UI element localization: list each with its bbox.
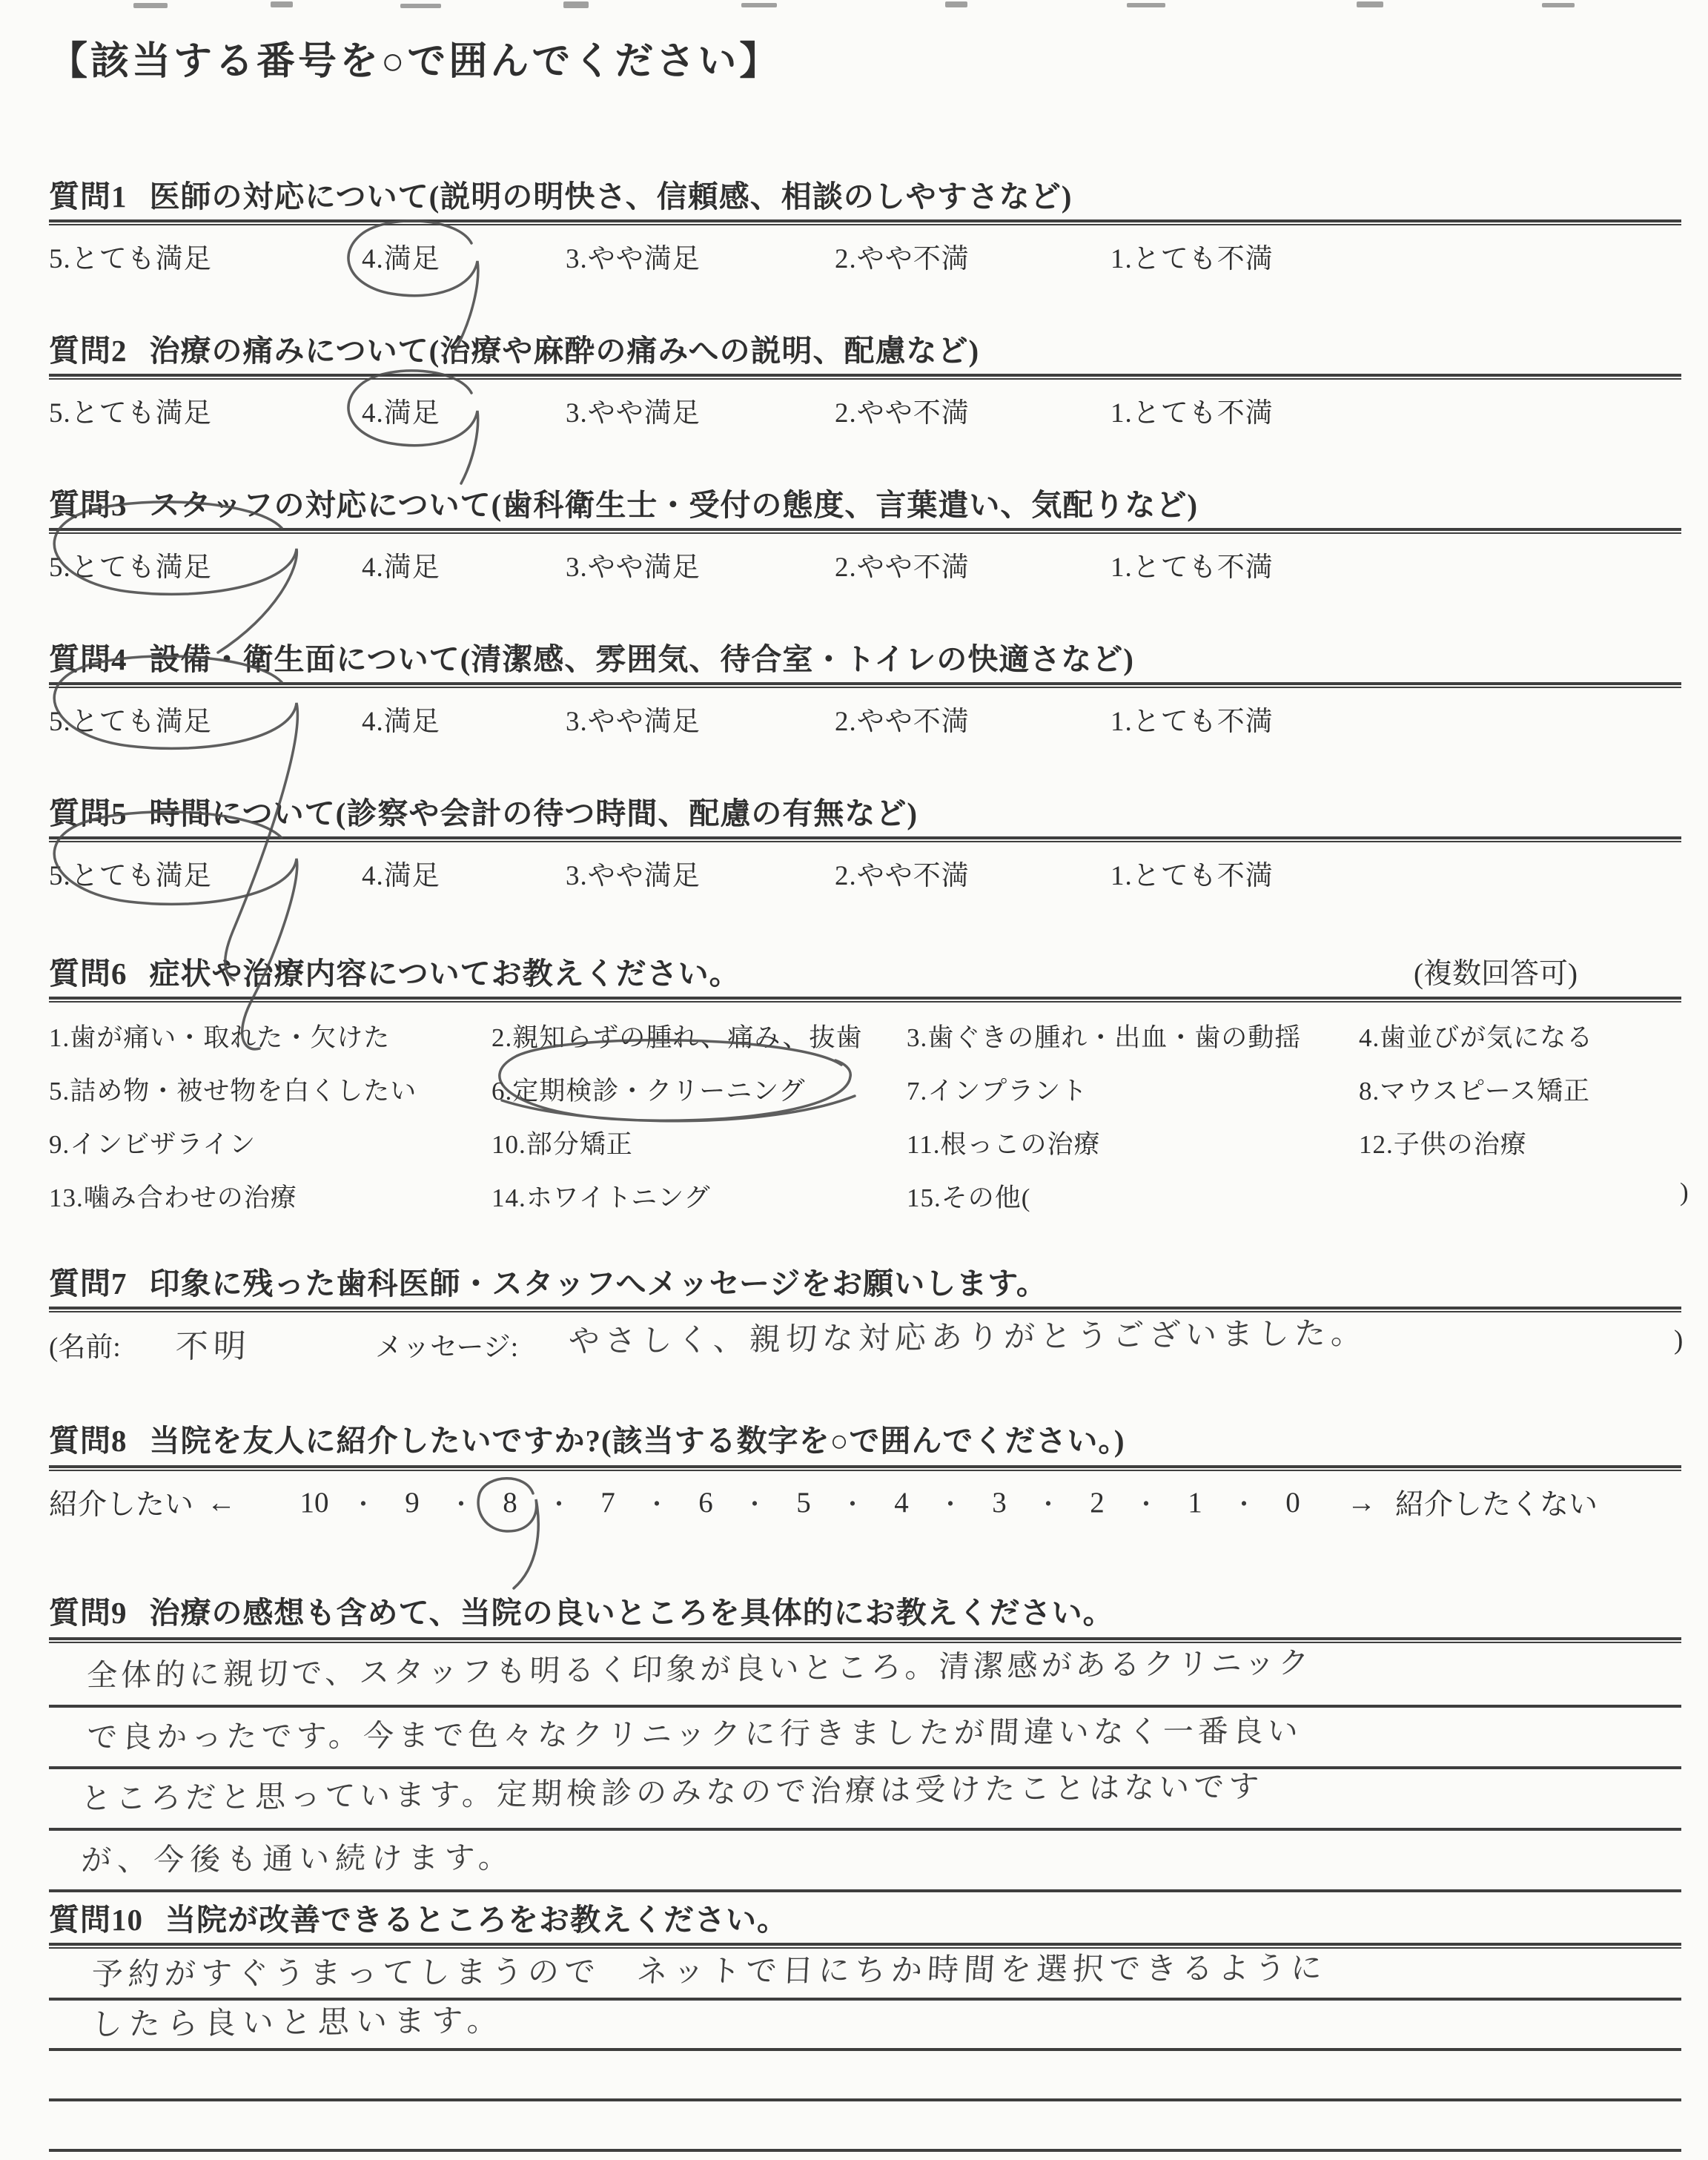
question-1-header: 質問1医師の対応について(説明の明快さ、信頼感、相談のしやすさなど): [49, 172, 1072, 216]
q8-dot: ・: [924, 1485, 976, 1520]
q3-option-2: 2.やや不満: [835, 544, 970, 584]
question-1-number: 質問1: [49, 179, 128, 214]
q8-dot: ・: [533, 1485, 585, 1520]
q8-left-label: 紹介したい: [49, 1482, 193, 1523]
question-6-number: 質問6: [49, 957, 128, 991]
question-8-header: 質問8当院を友人に紹介したいですか?(該当する数字を○で囲んでください。): [49, 1416, 1125, 1460]
q8-dot: ・: [1022, 1485, 1074, 1520]
question-4-number: 質問4: [49, 642, 128, 676]
q6-option-1: 1.歯が痛い・取れた・欠けた: [49, 1017, 390, 1054]
question-5-number: 質問5: [49, 796, 128, 830]
question-8-rule: [49, 1465, 1681, 1471]
q9-answer-line-4-row: が、今後も通い続けます。: [49, 1828, 1681, 1892]
q1-option-4: 4.満足: [362, 236, 440, 276]
question-1-rule: [49, 219, 1681, 225]
q8-number-6: 6: [683, 1486, 729, 1519]
q2-option-5: 5.とても満足: [49, 390, 212, 430]
q8-recommend-scale: 紹介したい ← 10 ・ 9 ・ 8 ・ 7 ・ 6 ・ 5 ・ 4 ・ 3 ・…: [49, 1482, 1598, 1523]
question-4-header: 質問4設備・衛生面について(清潔感、雰囲気、待合室・トイレの快適さなど): [49, 635, 1134, 678]
scan-edge-artifacts: [0, 0, 1708, 18]
q6-option-6: 6.定期検診・クリーニング: [491, 1071, 806, 1108]
question-9-header: 質問9治療の感想も含めて、当院の良いところを具体的にお教えください。: [49, 1588, 1114, 1632]
question-10-block: 質問10当院が改善できるところをお教えください。 予約がすぐうまってしまうので …: [49, 1895, 1681, 2155]
question-6-text: 症状や治療内容についてお教えください。: [150, 957, 741, 991]
q4-option-2: 2.やや不満: [835, 698, 970, 739]
q6-option-11: 11.根っこの治療: [907, 1124, 1100, 1161]
q3-option-5: 5.とても満足: [49, 544, 212, 584]
question-5-block: 質問5時間について(診察や会計の待つ時間、配慮の有無など) 5.とても満足 4.…: [49, 789, 1681, 908]
question-2-text: 治療の痛みについて(治療や麻酔の痛みへの説明、配慮など): [150, 334, 980, 368]
q2-option-3: 3.やや満足: [566, 390, 701, 430]
question-3-options: 5.とても満足 4.満足 3.やや満足 2.やや不満 1.とても不満: [49, 544, 1681, 590]
question-6-header: 質問6症状や治療内容についてお教えください。: [49, 949, 741, 993]
q8-number-1: 1: [1172, 1486, 1218, 1519]
question-10-text: 当院が改善できるところをお教えください。: [165, 1903, 788, 1937]
question-9-number: 質問9: [49, 1596, 128, 1630]
question-8-text: 当院を友人に紹介したいですか?(該当する数字を○で囲んでください。): [150, 1424, 1125, 1458]
question-3-number: 質問3: [49, 488, 128, 522]
q4-option-1: 1.とても不満: [1110, 698, 1274, 739]
question-8-block: 質問8当院を友人に紹介したいですか?(該当する数字を○で囲んでください。) 紹介…: [49, 1416, 1681, 1550]
question-1-text: 医師の対応について(説明の明快さ、信頼感、相談のしやすさなど): [150, 179, 1073, 214]
question-2-options: 5.とても満足 4.満足 3.やや満足 2.やや不満 1.とても不満: [49, 390, 1681, 436]
q6-option-14: 14.ホワイトニング: [491, 1178, 711, 1215]
q4-option-3: 3.やや満足: [566, 698, 701, 739]
q6-option-13: 13.噛み合わせの治療: [49, 1178, 297, 1215]
question-5-text: 時間について(診察や会計の待つ時間、配慮の有無など): [150, 796, 918, 830]
q7-name-label: (名前:: [49, 1324, 121, 1364]
question-4-rule: [49, 682, 1681, 688]
q8-dot: ・: [827, 1485, 878, 1520]
q2-option-4: 4.満足: [362, 390, 440, 430]
question-7-rule: [49, 1307, 1681, 1312]
q2-option-2: 2.やや不満: [835, 390, 970, 430]
question-3-text: スタッフの対応について(歯科衛生士・受付の態度、言葉遣い、気配りなど): [150, 488, 1198, 522]
q5-option-2: 2.やや不満: [835, 853, 970, 893]
question-2-block: 質問2治療の痛みについて(治療や麻酔の痛みへの説明、配慮など) 5.とても満足 …: [49, 326, 1681, 445]
q9-answer-line-4: が、今後も通い続けます。: [49, 1817, 1684, 1893]
question-1-block: 質問1医師の対応について(説明の明快さ、信頼感、相談のしやすさなど) 5.とても…: [49, 172, 1681, 291]
q7-name-handwritten-value: 不明: [175, 1319, 252, 1367]
q2-option-1: 1.とても不満: [1110, 390, 1274, 430]
question-5-options: 5.とても満足 4.満足 3.やや満足 2.やや不満 1.とても不満: [49, 853, 1681, 899]
q5-option-5: 5.とても満足: [49, 853, 212, 893]
q8-left-arrow-icon: ←: [207, 1486, 236, 1519]
survey-scan-page: 【該当する番号を○で囲んでください】 質問1医師の対応について(説明の明快さ、信…: [0, 0, 1708, 2160]
q8-number-10: 10: [291, 1486, 337, 1519]
q8-dot: ・: [1120, 1485, 1172, 1520]
q8-dot: ・: [435, 1485, 487, 1520]
question-7-text: 印象に残った歯科医師・スタッフへメッセージをお願いします。: [150, 1266, 1047, 1301]
q3-option-4: 4.満足: [362, 544, 440, 584]
question-2-number: 質問2: [49, 334, 128, 368]
q8-number-0: 0: [1270, 1486, 1316, 1519]
q6-option-4: 4.歯並びが気になる: [1359, 1017, 1593, 1054]
question-10-header: 質問10当院が改善できるところをお教えください。: [49, 1895, 788, 1939]
q6-option-15: 15.その他(: [907, 1178, 1030, 1215]
q8-number-8-selected: 8: [487, 1486, 533, 1519]
question-9-text: 治療の感想も含めて、当院の良いところを具体的にお教えください。: [150, 1596, 1114, 1630]
q3-option-1: 1.とても不満: [1110, 544, 1274, 584]
q8-dot: ・: [729, 1485, 781, 1520]
q3-option-3: 3.やや満足: [566, 544, 701, 584]
q8-right-arrow-icon: →: [1347, 1486, 1376, 1519]
q6-option-3: 3.歯ぐきの腫れ・出血・歯の動揺: [907, 1017, 1301, 1054]
question-2-header: 質問2治療の痛みについて(治療や麻酔の痛みへの説明、配慮など): [49, 326, 979, 370]
question-7-number: 質問7: [49, 1266, 128, 1301]
question-7-block: 質問7印象に残った歯科医師・スタッフへメッセージをお願いします。 (名前: 不明…: [49, 1259, 1681, 1385]
q5-option-4: 4.満足: [362, 853, 440, 893]
q7-message-label: メッセージ:: [375, 1324, 518, 1364]
question-6-block: 質問6症状や治療内容についてお教えください。 (複数回答可) 1.歯が痛い・取れ…: [49, 949, 1681, 1238]
question-9-block: 質問9治療の感想も含めて、当院の良いところを具体的にお教えください。 全体的に親…: [49, 1588, 1681, 1895]
page-title: 【該当する番号を○で囲んでください】: [49, 30, 1680, 85]
q6-option-9: 9.インビザライン: [49, 1124, 256, 1161]
q1-option-1: 1.とても不満: [1110, 236, 1274, 276]
q1-option-2: 2.やや不満: [835, 236, 970, 276]
q8-number-2: 2: [1074, 1486, 1120, 1519]
q4-option-5: 5.とても満足: [49, 698, 212, 739]
question-3-rule: [49, 528, 1681, 534]
q1-option-5: 5.とても満足: [49, 236, 212, 276]
question-3-block: 質問3スタッフの対応について(歯科衛生士・受付の態度、言葉遣い、気配りなど) 5…: [49, 480, 1681, 599]
question-4-text: 設備・衛生面について(清潔感、雰囲気、待合室・トイレの快適さなど): [150, 642, 1134, 676]
question-5-header: 質問5時間について(診察や会計の待つ時間、配慮の有無など): [49, 789, 918, 833]
q8-dot: ・: [337, 1485, 389, 1520]
question-8-number: 質問8: [49, 1424, 128, 1458]
q6-option-8: 8.マウスピース矯正: [1359, 1071, 1590, 1108]
q8-number-5: 5: [781, 1486, 827, 1519]
q5-option-1: 1.とても不満: [1110, 853, 1274, 893]
q4-option-4: 4.満足: [362, 698, 440, 739]
question-1-options: 5.とても満足 4.満足 3.やや満足 2.やや不満 1.とても不満: [49, 236, 1681, 282]
q1-option-3: 3.やや満足: [566, 236, 701, 276]
q10-empty-line-2-row: [49, 2098, 1681, 2152]
question-3-header: 質問3スタッフの対応について(歯科衛生士・受付の態度、言葉遣い、気配りなど): [49, 480, 1198, 524]
question-6-note: (複数回答可): [1414, 951, 1578, 992]
question-4-options: 5.とても満足 4.満足 3.やや満足 2.やや不満 1.とても不満: [49, 698, 1681, 744]
q6-option-7: 7.インプラント: [907, 1071, 1088, 1108]
question-6-rule: [49, 997, 1681, 1003]
question-10-number: 質問10: [49, 1903, 143, 1937]
question-5-rule: [49, 836, 1681, 842]
q8-right-label: 紹介したくない: [1395, 1482, 1598, 1523]
q8-dot: ・: [1218, 1485, 1270, 1520]
q8-dot: ・: [631, 1485, 683, 1520]
question-4-block: 質問4設備・衛生面について(清潔感、雰囲気、待合室・トイレの快適さなど) 5.と…: [49, 635, 1681, 753]
q8-number-9: 9: [389, 1486, 435, 1519]
q10-empty-line-1-row: [49, 2048, 1681, 2101]
q10-answer-line-2-row: したら良いと思います。: [49, 1998, 1681, 2051]
q6-option-10: 10.部分矯正: [491, 1124, 633, 1161]
q6-option-12: 12.子供の治療: [1359, 1124, 1527, 1161]
q6-option-5: 5.詰め物・被せ物を白くしたい: [49, 1071, 417, 1108]
q8-number-3: 3: [976, 1486, 1022, 1519]
q6-option-2: 2.親知らずの腫れ、痛み、抜歯: [491, 1017, 862, 1054]
q5-option-3: 3.やや満足: [566, 853, 701, 893]
q7-close-paren: ): [1674, 1324, 1683, 1356]
q7-message-handwritten-value: やさしく、親切な対応ありがとうございました。: [568, 1309, 1368, 1361]
q8-number-7: 7: [585, 1486, 631, 1519]
q6-option-15-close-paren: ): [1680, 1178, 1689, 1207]
question-2-rule: [49, 374, 1681, 380]
q8-number-4: 4: [878, 1486, 924, 1519]
question-7-header: 質問7印象に残った歯科医師・スタッフへメッセージをお願いします。: [49, 1259, 1047, 1303]
